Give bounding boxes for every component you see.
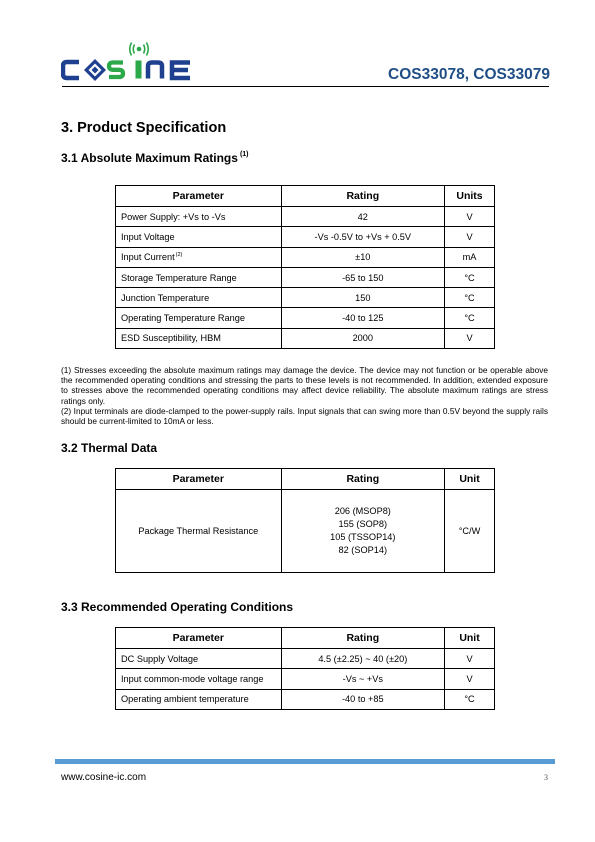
column-header: Rating [281,186,444,207]
footnote-1: (1) Stresses exceeding the absolute maxi… [61,365,548,406]
rating-cell: 2000 [281,328,444,348]
footer-bar [55,759,555,764]
parameter-cell: Operating ambient temperature [116,689,282,709]
parameter-text: Junction Temperature [121,293,209,303]
parameter-cell: Junction Temperature [116,288,282,308]
parameter-cell: Input common-mode voltage range [116,669,282,689]
rating-line: 155 (SOP8) [287,518,440,531]
table-row: Input Current(2)±10mA [116,247,495,267]
footer-website-link[interactable]: www.cosine-ic.com [61,772,146,783]
rating-cell: 150 [281,288,444,308]
page-number: 3 [544,773,548,782]
parameter-text: Input Current [121,252,175,262]
absolute-max-table: Parameter Rating Units Power Supply: +Vs… [115,185,495,349]
operating-conditions-table: Parameter Rating Unit DC Supply Voltage4… [115,627,495,710]
parameter-text: Input Voltage [121,232,175,242]
thermal-table: Parameter Rating Unit Package Thermal Re… [115,468,495,573]
operating-conditions-heading: 3.3 Recommended Operating Conditions [61,600,293,614]
absolute-max-heading: 3.1 Absolute Maximum Ratings(1) [61,151,249,165]
unit-cell: V [445,207,495,227]
unit-cell: °C/W [445,490,495,573]
parameter-text: Operating ambient temperature [121,694,249,704]
rating-cell: 4.5 (±2.25) ~ 40 (±20) [281,649,445,669]
unit-cell: V [445,328,495,348]
rating-cell: 42 [281,207,444,227]
rating-line: 105 (TSSOP14) [287,531,440,544]
table-row: Power Supply: +Vs to -Vs42V [116,207,495,227]
rating-cell: -40 to +85 [281,689,445,709]
column-header: Unit [445,469,495,490]
table-header-row: Parameter Rating Units [116,186,495,207]
table-row: Package Thermal Resistance 206 (MSOP8) 1… [116,490,495,573]
parameter-cell: ESD Susceptibility, HBM [116,328,282,348]
wireless-signal-icon [130,43,149,56]
unit-cell: V [445,649,495,669]
parameter-text: Storage Temperature Range [121,273,237,283]
rating-cell: -Vs -0.5V to +Vs + 0.5V [281,227,444,247]
table-row: DC Supply Voltage4.5 (±2.25) ~ 40 (±20)V [116,649,495,669]
unit-cell: V [445,227,495,247]
section-title: 3. Product Specification [61,120,226,136]
rating-line: 206 (MSOP8) [287,505,440,518]
unit-cell: mA [445,247,495,267]
column-header: Parameter [116,186,282,207]
parameter-cell: DC Supply Voltage [116,649,282,669]
column-header: Rating [281,628,445,649]
header-divider [62,86,549,87]
column-header: Parameter [116,628,282,649]
column-header: Parameter [116,469,282,490]
column-header: Unit [445,628,495,649]
rating-cell: ±10 [281,247,444,267]
parameter-cell: Operating Temperature Range [116,308,282,328]
table-row: Operating ambient temperature-40 to +85°… [116,689,495,709]
thermal-heading: 3.2 Thermal Data [61,441,157,455]
diamond-icon [84,59,106,81]
rating-cell: -40 to 125 [281,308,444,328]
table-row: Junction Temperature150°C [116,288,495,308]
table-header-row: Parameter Rating Unit [116,628,495,649]
parameter-cell: Input Voltage [116,227,282,247]
unit-cell: °C [445,288,495,308]
table-row: Input Voltage-Vs -0.5V to +Vs + 0.5VV [116,227,495,247]
parameter-cell: Power Supply: +Vs to -Vs [116,207,282,227]
parameter-cell: Storage Temperature Range [116,267,282,287]
rating-cell: -65 to 150 [281,267,444,287]
unit-cell: °C [445,689,495,709]
parameter-text: Input common-mode voltage range [121,674,264,684]
unit-cell: °C [445,267,495,287]
parameter-cell: Input Current(2) [116,247,282,267]
parameter-text: Operating Temperature Range [121,313,245,323]
column-header: Units [445,186,495,207]
table-row: Storage Temperature Range-65 to 150°C [116,267,495,287]
unit-cell: V [445,669,495,689]
document-title: COS33078, COS33079 [388,66,550,84]
footnotes: (1) Stresses exceeding the absolute maxi… [61,365,548,426]
table-row: ESD Susceptibility, HBM2000V [116,328,495,348]
column-header: Rating [281,469,445,490]
unit-cell: °C [445,308,495,328]
footnote-2: (2) Input terminals are diode-clamped to… [61,406,548,426]
rating-cell: 206 (MSOP8) 155 (SOP8) 105 (TSSOP14) 82 … [281,490,445,573]
parameter-text: ESD Susceptibility, HBM [121,333,221,343]
table-header-row: Parameter Rating Unit [116,469,495,490]
table-row: Operating Temperature Range-40 to 125°C [116,308,495,328]
footnote-ref: (2) [176,252,183,258]
parameter-text: DC Supply Voltage [121,654,198,664]
rating-cell: -Vs ~ +Vs [281,669,445,689]
company-logo [61,41,193,81]
footnote-ref: (1) [240,151,249,158]
parameter-text: Power Supply: +Vs to -Vs [121,212,225,222]
rating-line: 82 (SOP14) [287,544,440,557]
heading-text: 3.1 Absolute Maximum Ratings [61,151,238,165]
table-row: Input common-mode voltage range-Vs ~ +Vs… [116,669,495,689]
parameter-cell: Package Thermal Resistance [116,490,282,573]
